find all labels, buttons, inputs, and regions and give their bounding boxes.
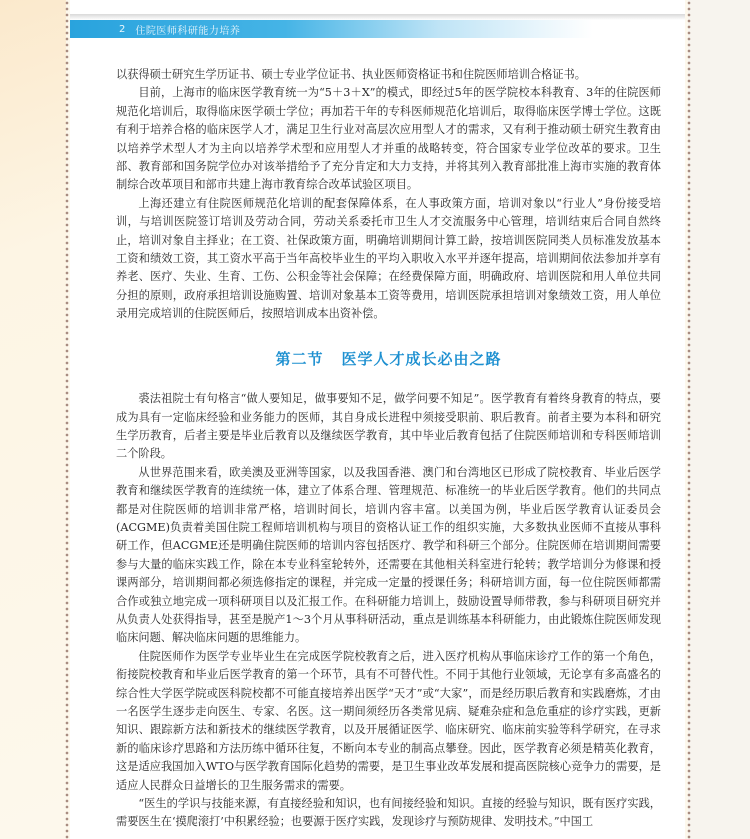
paragraph: 裘法祖院士有句格言“做人要知足，做事要知不足，做学问要不知足”。医学教育有着终身… — [116, 390, 661, 464]
left-dotted-border — [65, 0, 69, 839]
paragraph: 以获得硕士研究生学历证书、硕士专业学位证书、执业医师资格证书和住院医师培训合格证… — [116, 66, 661, 84]
paragraph: 住院医师作为医学专业毕业生在完成医学院校教育之后，进入医疗机构从事临床诊疗工作的… — [116, 648, 661, 795]
paragraph: “医生的学识与技能来源，有直接经验和知识，也有间接经验和知识。直接的经验与知识，… — [116, 795, 661, 832]
page-number: 2 — [119, 24, 125, 35]
right-margin-background — [688, 0, 750, 839]
paragraph: 从世界范围来看，欧美澳及亚洲等国家，以及我国香港、澳门和台湾地区已形成了院校教育… — [116, 464, 661, 648]
running-header: 2 住院医师科研能力培养 — [70, 20, 685, 38]
left-margin-background — [0, 0, 66, 839]
right-dotted-border — [687, 0, 691, 839]
paragraph: 上海还建立有住院医师规范化培训的配套保障体系，在人事政策方面，培训对象以“行业人… — [116, 195, 661, 324]
section-heading: 第二节医学人才成长必由之路 — [116, 350, 661, 368]
book-page: 2 住院医师科研能力培养 以获得硕士研究生学历证书、硕士专业学位证书、执业医师资… — [70, 0, 685, 839]
section-number: 第二节 — [275, 350, 323, 368]
running-title: 住院医师科研能力培养 — [135, 22, 240, 37]
section-title: 医学人才成长必由之路 — [342, 350, 502, 368]
page-body: 以获得硕士研究生学历证书、硕士专业学位证书、执业医师资格证书和住院医师培训合格证… — [116, 66, 661, 832]
paragraph: 目前，上海市的临床医学教育统一为“5＋3＋X”的模式，即经过5年的医学院校本科教… — [116, 84, 661, 194]
